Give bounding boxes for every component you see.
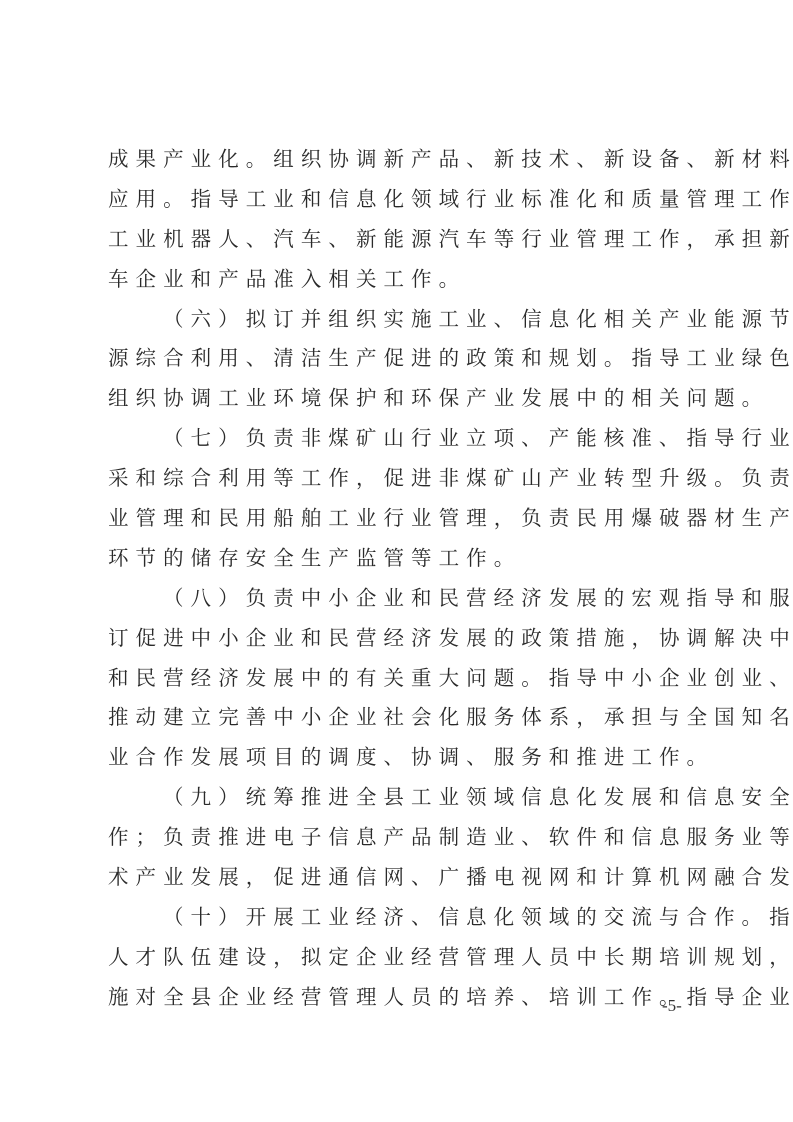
text-line: 施对全县企业经营管理人员的培养、培训工作。指导企业智力引 <box>108 978 691 1018</box>
text-line: 业合作发展项目的调度、协调、服务和推进工作。 <box>108 738 691 778</box>
text-line: 应用。指导工业和信息化领域行业标准化和质量管理工作。指导 <box>108 180 691 220</box>
text-line: 术产业发展，促进通信网、广播电视网和计算机网融合发展。 <box>108 858 691 898</box>
page-number: -5- <box>662 996 682 1016</box>
text-line: 和民营经济发展中的有关重大问题。指导中小企业创业、创新， <box>108 659 691 699</box>
text-line: 作；负责推进电子信息产品制造业、软件和信息服务业等信息技 <box>108 818 691 858</box>
text-line: 车企业和产品准入相关工作。 <box>108 260 691 300</box>
paragraph-first-line: （七）负责非煤矿山行业立项、产能核准、指导行业合理开 <box>108 419 691 459</box>
text-line: 环节的储存安全生产监管等工作。 <box>108 539 691 579</box>
paragraph-first-line: （六）拟订并组织实施工业、信息化相关产业能源节约、资 <box>108 300 691 340</box>
paragraph-first-line: （十）开展工业经济、信息化领域的交流与合作。指导行业 <box>108 898 691 938</box>
text-line: 人才队伍建设，拟定企业经营管理人员中长期培训规划，组织实 <box>108 938 691 978</box>
text-line: 源综合利用、清洁生产促进的政策和规划。指导工业绿色发展， <box>108 339 691 379</box>
paragraph-first-line: （九）统筹推进全县工业领域信息化发展和信息安全保障工 <box>108 778 691 818</box>
document-page: 成果产业化。组织协调新产品、新技术、新设备、新材料的推广应用。指导工业和信息化领… <box>0 0 793 1122</box>
text-line: 业管理和民用船舶工业行业管理，负责民用爆破器材生产、经销 <box>108 499 691 539</box>
text-line: 推动建立完善中小企业社会化服务体系，承担与全国知名民营企 <box>108 698 691 738</box>
paragraph-first-line: （八）负责中小企业和民营经济发展的宏观指导和服务，拟 <box>108 579 691 619</box>
text-line: 组织协调工业环境保护和环保产业发展中的相关问题。 <box>108 379 691 419</box>
text-line: 成果产业化。组织协调新产品、新技术、新设备、新材料的推广 <box>108 140 691 180</box>
text-line: 订促进中小企业和民营经济发展的政策措施，协调解决中小企业 <box>108 619 691 659</box>
text-line: 工业机器人、汽车、新能源汽车等行业管理工作，承担新能源汽 <box>108 220 691 260</box>
text-line: 采和综合利用等工作，促进非煤矿山产业转型升级。负责盐业行 <box>108 459 691 499</box>
body-text: 成果产业化。组织协调新产品、新技术、新设备、新材料的推广应用。指导工业和信息化领… <box>108 140 691 1018</box>
